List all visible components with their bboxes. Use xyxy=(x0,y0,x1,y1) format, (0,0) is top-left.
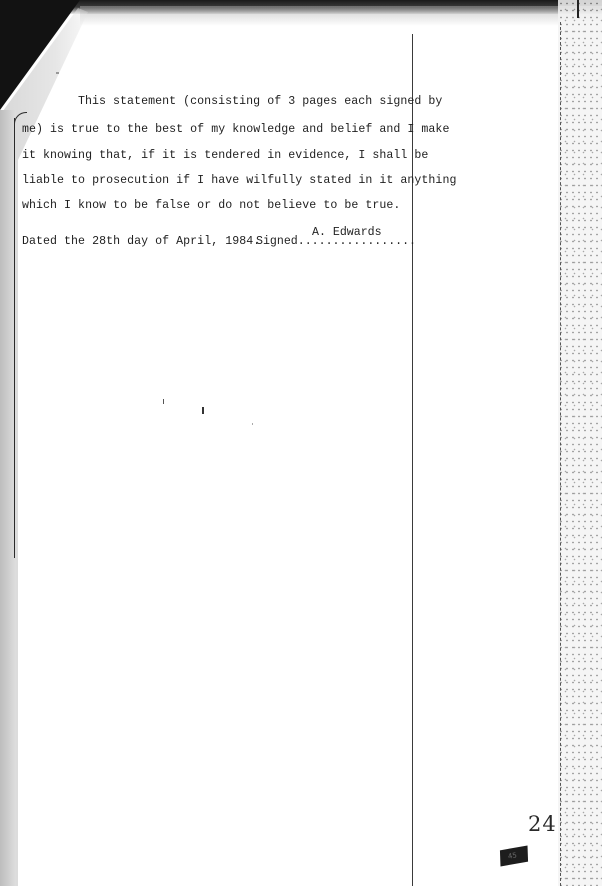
declaration-line-2: me) is true to the best of my knowledge … xyxy=(22,123,414,136)
declaration-line-3: it knowing that, if it is tendered in ev… xyxy=(22,149,414,162)
right-top-mark xyxy=(577,0,579,18)
scan-dark-corner xyxy=(0,0,80,110)
page-number: 24 xyxy=(528,812,557,836)
declaration-line-5: which I know to be false or do not belie… xyxy=(22,199,414,212)
stamp-text: 45 xyxy=(507,851,517,860)
right-margin-binding-strip xyxy=(558,0,602,886)
right-margin-perforation xyxy=(560,22,561,886)
left-margin-rule xyxy=(14,118,15,558)
signature-name: A. Edwards xyxy=(312,226,382,239)
scan-top-shadow xyxy=(80,6,602,26)
declaration-line-1: This statement (consisting of 3 pages ea… xyxy=(78,95,470,108)
document-page: This statement (consisting of 3 pages ea… xyxy=(0,0,602,886)
declaration-line-4: liable to prosecution if I have wilfully… xyxy=(22,174,414,187)
